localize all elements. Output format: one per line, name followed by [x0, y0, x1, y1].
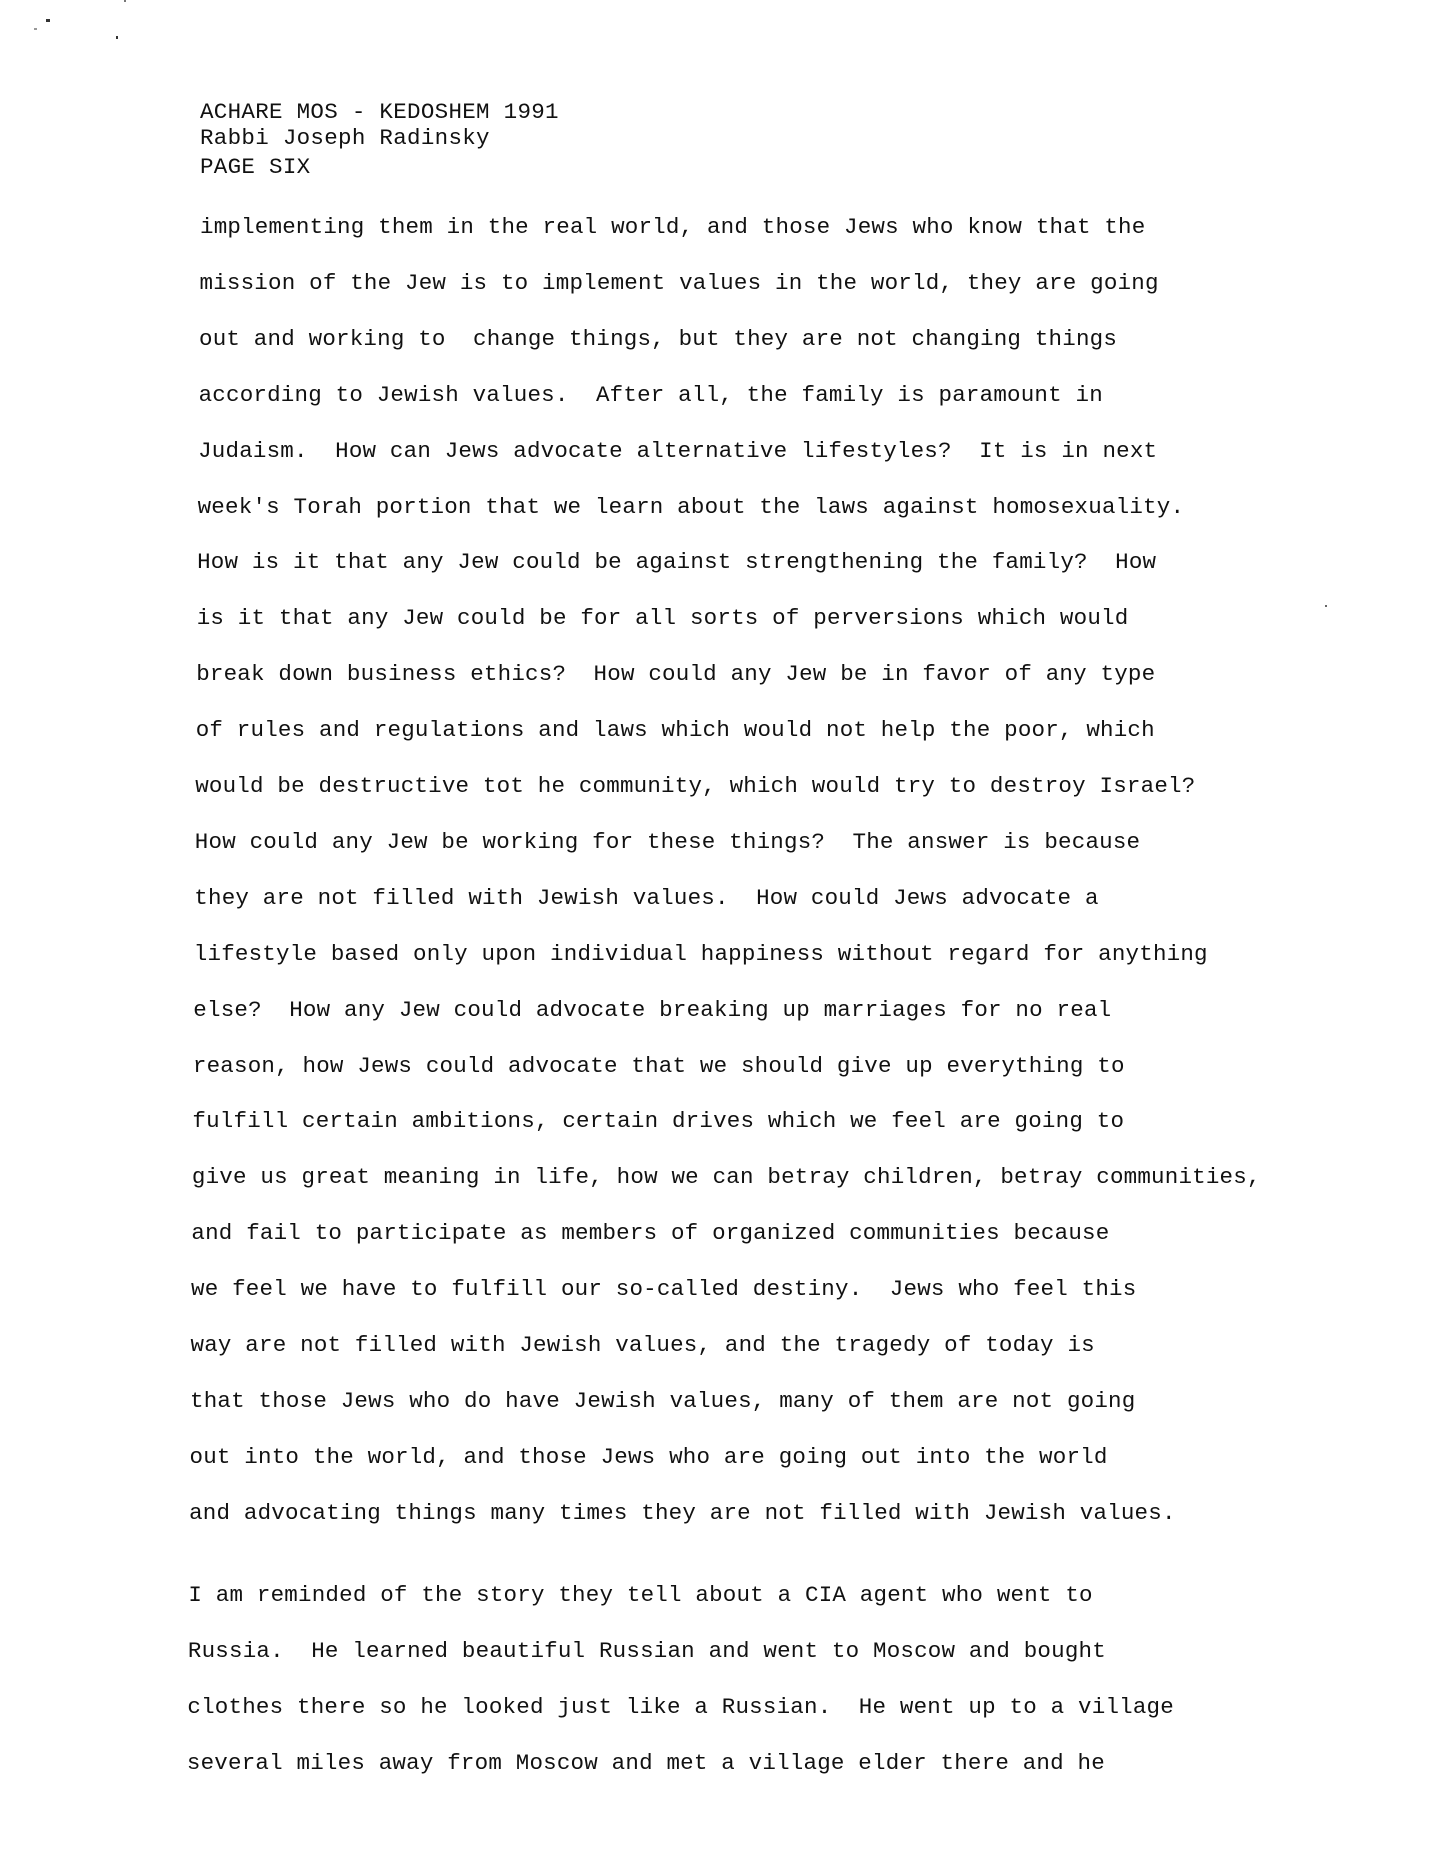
header-author: Rabbi Joseph Radinsky [200, 125, 490, 152]
text-line: according to Jewish values. After all, t… [199, 381, 1103, 409]
text-line: mission of the Jew is to implement value… [200, 269, 1159, 297]
text-line: would be destructive tot he community, w… [195, 772, 1195, 800]
scanned-page: ACHARE MOS - KEDOSHEM 1991 Rabbi Joseph … [0, 0, 1430, 1851]
text-line: out into the world, and those Jews who a… [190, 1443, 1108, 1471]
scan-speck [116, 36, 118, 39]
text-line: How could any Jew be working for these t… [195, 828, 1140, 856]
text-line: we feel we have to fulfill our so-called… [191, 1275, 1136, 1303]
text-line: is it that any Jew could be for all sort… [197, 604, 1129, 632]
scan-speck [124, 0, 126, 2]
text-line: and advocating things many times they ar… [189, 1499, 1176, 1527]
text-line: clothes there so he looked just like a R… [187, 1693, 1174, 1721]
header-page-label: PAGE SIX [200, 154, 310, 181]
text-line: fulfill certain ambitions, certain drive… [192, 1107, 1124, 1135]
text-line: give us great meaning in life, how we ca… [192, 1163, 1261, 1191]
text-line: I am reminded of the story they tell abo… [188, 1581, 1092, 1609]
text-line: Judaism. How can Jews advocate alternati… [198, 437, 1157, 465]
text-line: they are not filled with Jewish values. … [194, 884, 1098, 912]
text-line: that those Jews who do have Jewish value… [190, 1387, 1135, 1415]
text-line: out and working to change things, but th… [199, 325, 1117, 353]
text-line: lifestyle based only upon individual hap… [194, 940, 1208, 968]
text-line: and fail to participate as members of or… [191, 1219, 1109, 1247]
text-line: several miles away from Moscow and met a… [187, 1749, 1105, 1777]
text-line: Russia. He learned beautiful Russian and… [188, 1637, 1106, 1665]
text-line: implementing them in the real world, and… [200, 213, 1145, 241]
scan-speck [1325, 605, 1327, 607]
header-title: ACHARE MOS - KEDOSHEM 1991 [200, 99, 559, 126]
text-line: week's Torah portion that we learn about… [198, 493, 1185, 521]
text-line: How is it that any Jew could be against … [197, 548, 1156, 576]
scan-speck [46, 19, 50, 22]
text-line: else? How any Jew could advocate breakin… [193, 996, 1111, 1024]
text-line: reason, how Jews could advocate that we … [193, 1052, 1125, 1080]
scan-speck [34, 28, 37, 30]
text-line: break down business ethics? How could an… [196, 660, 1155, 688]
text-line: of rules and regulations and laws which … [196, 716, 1155, 744]
text-line: way are not filled with Jewish values, a… [191, 1331, 1095, 1359]
